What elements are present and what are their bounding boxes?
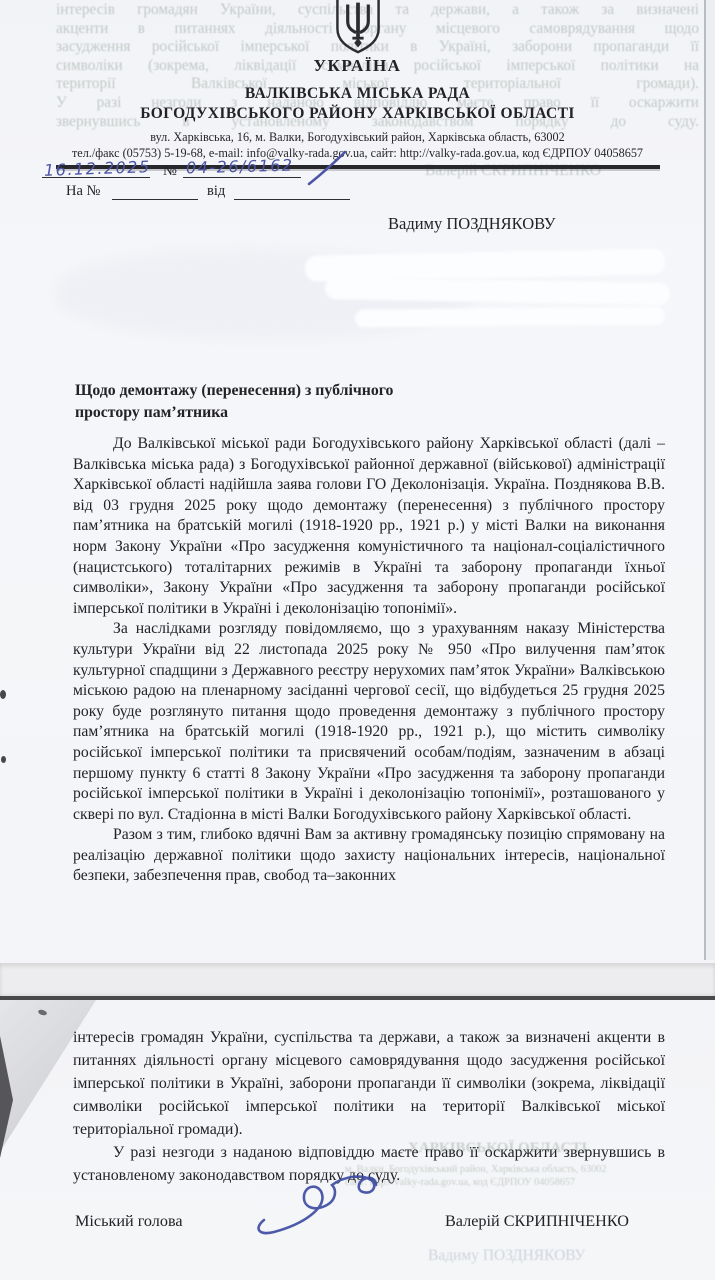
org-name-line2: БОГОДУХІВСЬКОГО РАЙОНУ ХАРКІВСЬКОЇ ОБЛАС… xyxy=(0,105,715,123)
incoming-date-label: від xyxy=(207,183,225,200)
page-gap xyxy=(0,963,715,996)
letterhead: УКРАЇНА ВАЛКІВСЬКА МІСЬКА РАДА БОГОДУХІВ… xyxy=(0,0,715,169)
scan-speck xyxy=(0,690,6,699)
body-paragraph: До Валківської міської ради Богодухівськ… xyxy=(73,434,665,619)
handwritten-signature-icon xyxy=(250,1168,410,1248)
recipient-name: Вадиму ПОЗДНЯКОВУ xyxy=(388,214,556,234)
coat-of-arms-trident-icon xyxy=(332,0,384,55)
scanned-letter: інтересів громадян України, суспільства … xyxy=(0,0,715,1280)
subject-line-2: простору пам’ятника xyxy=(75,402,393,424)
signer-position-title: Міський голова xyxy=(75,1212,183,1231)
signer-name: Валерій СКРИПНІЧЕНКО xyxy=(445,1212,629,1231)
whiteout-stroke xyxy=(355,306,665,327)
org-address: вул. Харківська, 16, м. Валки, Богодухів… xyxy=(0,130,715,145)
country-name: УКРАЇНА xyxy=(0,56,715,76)
date-underline xyxy=(42,163,150,178)
incoming-number-label: На № xyxy=(66,183,100,200)
subject-line-1: Щодо демонтажу (перенесення) з публічног… xyxy=(75,380,393,402)
body-paragraph: інтересів громадян України, суспільства … xyxy=(73,1026,665,1141)
org-name-line1: ВАЛКІВСЬКА МІСЬКА РАДА xyxy=(0,85,715,103)
incoming-number-underline xyxy=(112,185,198,200)
subject-line: Щодо демонтажу (перенесення) з публічног… xyxy=(75,380,393,423)
page-2: ХАРКІВСЬКОЇ ОБЛАСТІ м. Валки, Богодухівс… xyxy=(0,996,715,1280)
page-1: інтересів громадян України, суспільства … xyxy=(0,0,715,963)
body-paragraph: За наслідками розгляду повідомляємо, що … xyxy=(73,619,665,825)
bleedthrough-recipient-fragment: Вадиму ПОЗДНЯКОВУ xyxy=(428,1247,585,1265)
letter-body-page1: До Валківської міської ради Богодухівськ… xyxy=(73,434,665,887)
number-underline xyxy=(183,163,301,178)
handwritten-slash-mark xyxy=(305,149,349,187)
correction-fluid-redaction xyxy=(55,250,665,345)
scan-speck xyxy=(1,756,6,763)
letter-body-page2: інтересів громадян України, суспільства … xyxy=(73,1026,665,1187)
number-label: № xyxy=(163,163,177,180)
body-paragraph: Разом з тим, глибоко вдячні Вам за актив… xyxy=(73,825,665,887)
incoming-date-underline xyxy=(234,185,350,200)
